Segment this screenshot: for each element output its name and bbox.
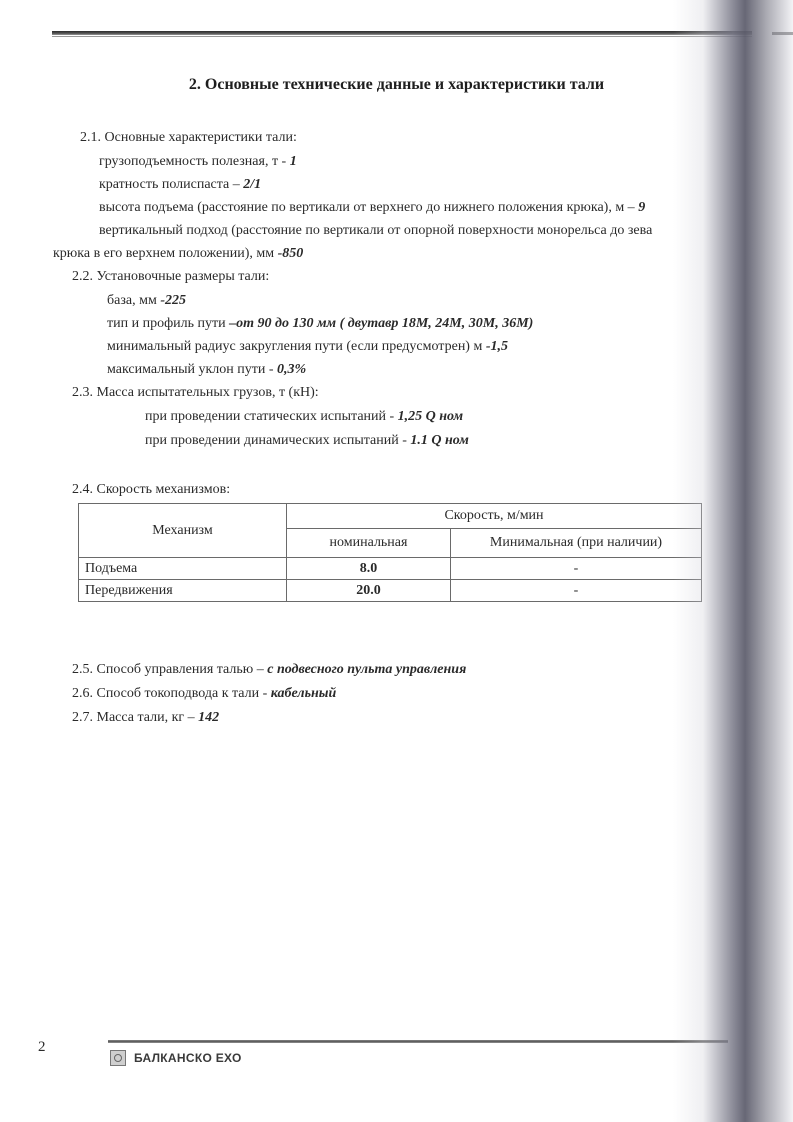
section-title: 2. Основные технические данные и характе…	[0, 76, 793, 94]
footer-rule	[108, 1040, 728, 1043]
base-label: база, мм	[107, 293, 160, 308]
dynamic-test-label: при проведении динамических испытаний -	[145, 433, 410, 448]
control-method-value: с подвесного пульта управления	[267, 662, 466, 677]
header-rule-thin	[52, 36, 752, 37]
header-rule	[52, 31, 752, 35]
section-2-4-heading: 2.4. Скорость механизмов:	[72, 481, 230, 499]
static-test-label: при проведении статических испытаний -	[145, 409, 398, 424]
header-speed: Скорость, м/мин	[287, 504, 702, 529]
reeving-line: кратность полиспаста – 2/1	[99, 176, 261, 194]
header-rule-stub	[772, 32, 793, 35]
radius-value: -1,5	[486, 339, 508, 354]
control-method-line: 2.5. Способ управления талью – с подвесн…	[72, 661, 466, 679]
capacity-label: грузоподъемность полезная, т -	[99, 154, 290, 169]
cell-nominal: 8.0	[287, 558, 451, 580]
static-test-value: 1,25 Q ном	[398, 409, 463, 424]
base-value: -225	[160, 293, 186, 308]
dynamic-test-value: 1.1 Q ном	[410, 433, 468, 448]
control-method-label: 2.5. Способ управления талью –	[72, 662, 267, 677]
hoist-mass-label: 2.7. Масса тали, кг –	[72, 710, 198, 725]
lift-height-value: 9	[638, 200, 645, 215]
brand-name: БАЛКАНСКО ЕХО	[134, 1051, 242, 1065]
table-row: Подъема 8.0 -	[79, 558, 702, 580]
base-line: база, мм -225	[107, 292, 186, 310]
section-2-3-heading: 2.3. Масса испытательных грузов, т (кН):	[72, 384, 319, 402]
cell-mechanism: Передвижения	[79, 580, 287, 602]
approach-label-2: крюка в его верхнем положении), мм	[53, 246, 278, 261]
power-supply-line: 2.6. Способ токоподвода к тали - кабельн…	[72, 685, 336, 703]
radius-line: минимальный радиус закругления пути (есл…	[107, 338, 508, 356]
static-test-line: при проведении статических испытаний - 1…	[145, 408, 463, 426]
header-minimal: Минимальная (при наличии)	[451, 529, 702, 558]
track-line: тип и профиль пути –от 90 до 130 мм ( дв…	[107, 315, 533, 333]
approach-line-2: крюка в его верхнем положении), мм -850	[53, 245, 303, 263]
track-value: –от 90 до 130 мм ( двутавр 18М, 24М, 30М…	[229, 316, 533, 331]
hoist-mass-value: 142	[198, 710, 219, 725]
slope-line: максимальный уклон пути - 0,3%	[107, 361, 306, 379]
section-2-1-heading: 2.1. Основные характеристики тали:	[80, 129, 297, 147]
lift-height-line: высота подъема (расстояние по вертикали …	[99, 199, 645, 217]
reeving-label: кратность полиспаста –	[99, 177, 243, 192]
footer-brand: БАЛКАНСКО ЕХО	[110, 1050, 242, 1066]
track-label: тип и профиль пути	[107, 316, 229, 331]
header-nominal: номинальная	[287, 529, 451, 558]
table-row: Передвижения 20.0 -	[79, 580, 702, 602]
speed-table: Механизм Скорость, м/мин номинальная Мин…	[78, 503, 702, 602]
dynamic-test-line: при проведении динамических испытаний - …	[145, 432, 469, 450]
header-mechanism: Механизм	[79, 504, 287, 558]
slope-value: 0,3%	[277, 362, 306, 377]
section-2-2-heading: 2.2. Установочные размеры тали:	[72, 268, 269, 286]
lift-height-label: высота подъема (расстояние по вертикали …	[99, 200, 638, 215]
capacity-value: 1	[290, 154, 297, 169]
hoist-mass-line: 2.7. Масса тали, кг – 142	[72, 709, 219, 727]
page-number: 2	[38, 1039, 46, 1056]
approach-value: -850	[278, 246, 304, 261]
lion-logo-icon	[110, 1050, 126, 1066]
cell-nominal: 20.0	[287, 580, 451, 602]
slope-label: максимальный уклон пути -	[107, 362, 277, 377]
capacity-line: грузоподъемность полезная, т - 1	[99, 153, 297, 171]
approach-label-1: вертикальный подход (расстояние по верти…	[99, 222, 652, 240]
power-supply-label: 2.6. Способ токоподвода к тали -	[72, 686, 271, 701]
cell-minimal: -	[451, 580, 702, 602]
cell-minimal: -	[451, 558, 702, 580]
reeving-value: 2/1	[243, 177, 261, 192]
cell-mechanism: Подъема	[79, 558, 287, 580]
radius-label: минимальный радиус закругления пути (есл…	[107, 339, 486, 354]
power-supply-value: кабельный	[271, 686, 336, 701]
table-header-row: Механизм Скорость, м/мин	[79, 504, 702, 529]
